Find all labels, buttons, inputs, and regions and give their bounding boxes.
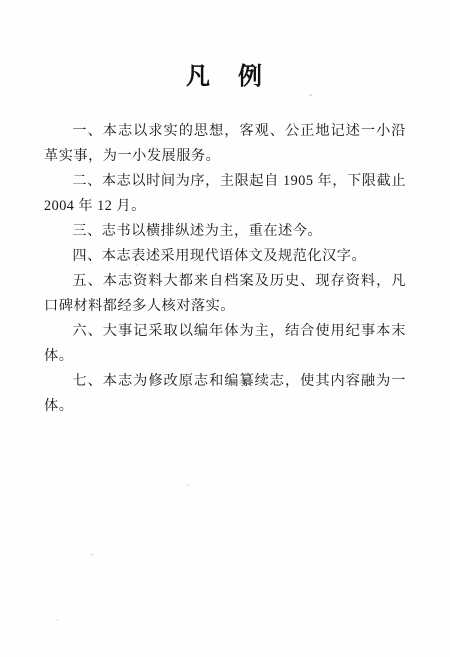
scan-speck	[55, 619, 59, 621]
paragraph-3: 三、志书以横排纵述为主，重在述今。	[44, 219, 406, 244]
scan-speck	[309, 94, 312, 96]
paragraph-6: 六、大事记采取以编年体为主，结合使用纪事本末体。	[44, 319, 406, 369]
document-page: 凡 例 一、本志以求实的思想，客观、公正地记述一小沿革实事，为一小发展服务。 二…	[0, 0, 450, 657]
page-title: 凡 例	[0, 0, 450, 91]
paragraph-2: 二、本志以时间为序，主限起自 1905 年，下限截止 2004 年 12 月。	[44, 169, 406, 219]
paragraph-7: 七、本志为修改原志和编纂续志，使其内容融为一体。	[44, 369, 406, 419]
paragraph-1: 一、本志以求实的思想，客观、公正地记述一小沿革实事，为一小发展服务。	[44, 119, 406, 169]
scan-speck	[187, 484, 190, 486]
body-text: 一、本志以求实的思想，客观、公正地记述一小沿革实事，为一小发展服务。 二、本志以…	[0, 119, 450, 419]
paragraph-5: 五、本志资料大都来自档案及历史、现存资料，凡口碑材料都经多人核对落实。	[44, 269, 406, 319]
scan-speck	[90, 553, 94, 556]
paragraph-4: 四、本志表述采用现代语体文及规范化汉字。	[44, 244, 406, 269]
scan-speck	[136, 264, 138, 266]
